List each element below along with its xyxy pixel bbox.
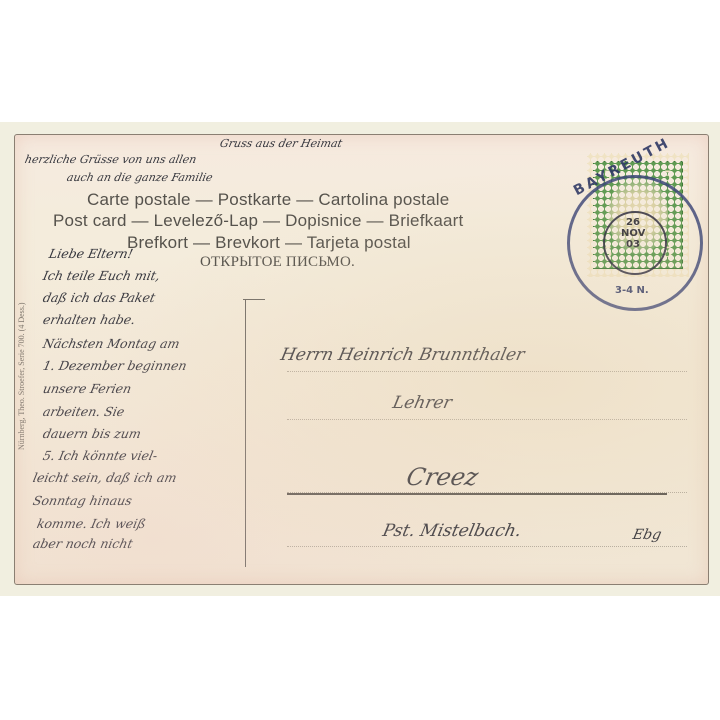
- message-line: leicht sein, daß ich am: [31, 467, 179, 490]
- divider-top: [243, 299, 265, 300]
- message-line: Ich teile Euch mit,: [41, 265, 163, 288]
- address-line-1: [287, 371, 687, 372]
- message-line: Nächsten Montag am: [41, 333, 182, 356]
- handwriting-top-line-1: Gruss aus der Heimat: [219, 137, 344, 150]
- header-line-3: Brefkort — Brevkort — Tarjeta postal: [127, 233, 411, 253]
- message-line: 5. Ich könnte viel-: [41, 445, 160, 468]
- postmark-month: NOV: [621, 228, 645, 239]
- recipient-name: Herrn Heinrich Brunnthaler: [279, 345, 526, 365]
- message-line: unsere Ferien: [41, 378, 134, 401]
- postmark-year: 03: [621, 239, 645, 250]
- publisher-imprint: Nürnberg, Theo. Stroefer, Serie 700. (4 …: [17, 302, 26, 450]
- message-line: Liebe Eltern!: [47, 243, 135, 266]
- address-note: Ebg: [631, 527, 663, 543]
- message-line: arbeiten. Sie: [41, 401, 127, 424]
- header-line-russian: ОТКРЫТОЕ ПИСЬМО.: [200, 254, 355, 271]
- message-line: aber noch nicht: [31, 533, 135, 556]
- message-line: Sonntag hinaus: [31, 490, 134, 513]
- postmark-time: 3-4 N.: [615, 285, 649, 296]
- postmark-day: 26: [621, 217, 645, 228]
- handwriting-top-line-2: herzliche Grüsse von uns allen: [24, 153, 198, 166]
- message-line: dauern bis zum: [41, 423, 144, 446]
- divider-vertical: [245, 299, 246, 567]
- message-line: daß ich das Paket: [41, 287, 158, 310]
- recipient-post: Pst. Mistelbach.: [381, 521, 523, 541]
- handwriting-top-line-3: auch an die ganze Familie: [66, 171, 214, 184]
- header-line-1: Carte postale — Postkarte — Cartolina po…: [87, 190, 449, 210]
- address-line-2: [287, 419, 687, 420]
- recipient-title: Lehrer: [391, 393, 454, 413]
- header-line-2: Post card — Levelező-Lap — Dopisnice — B…: [53, 211, 463, 231]
- address-underline: [287, 493, 667, 495]
- message-line: erhalten habe.: [41, 309, 138, 332]
- postcard: Gruss aus der Heimat herzliche Grüsse vo…: [14, 134, 709, 585]
- message-line: 1. Dezember beginnen: [41, 355, 189, 378]
- recipient-town: Creez: [404, 463, 481, 491]
- postmark-date: 26 NOV 03: [621, 217, 645, 250]
- address-line-4: [287, 546, 687, 547]
